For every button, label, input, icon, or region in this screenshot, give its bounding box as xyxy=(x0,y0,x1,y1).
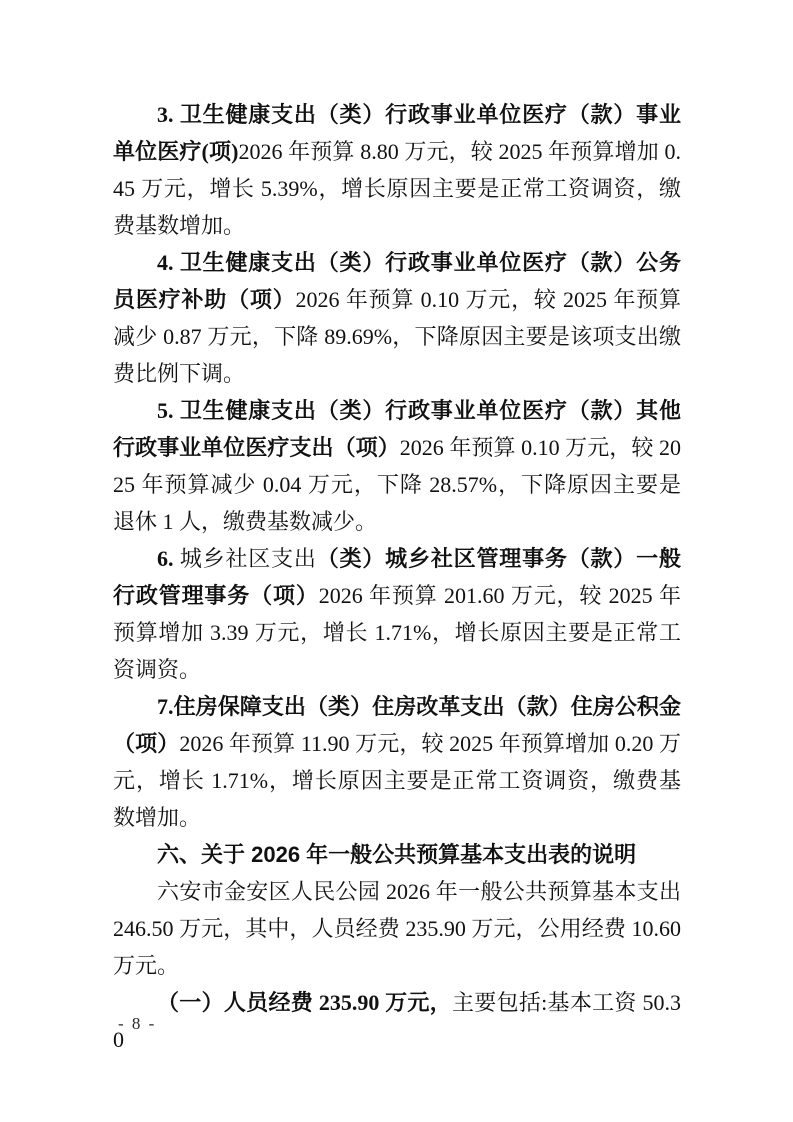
budget-item-5-paragraph: 5. 卫生健康支出（类）行政事业单位医疗（款）其他行政事业单位医疗支出（项）20… xyxy=(113,392,681,540)
page-number: - 8 - xyxy=(118,1012,156,1036)
document-page: 3. 卫生健康支出（类）行政事业单位医疗（款）事业单位医疗(项)2026 年预算… xyxy=(0,0,793,1122)
budget-item-6-number: 6. xyxy=(157,546,180,571)
budget-item-6-category: 城乡社区支出 xyxy=(180,546,317,571)
section-six-intro-paragraph: 六安市金安区人民公园 2026 年一般公共预算基本支出 246.50 万元，其中… xyxy=(113,873,681,984)
budget-item-6-paragraph: 6. 城乡社区支出（类）城乡社区管理事务（款）一般行政管理事务（项）2026 年… xyxy=(113,540,681,688)
section-six-intro-text: 六安市金安区人民公园 2026 年一般公共预算基本支出 246.50 万元，其中… xyxy=(113,879,681,978)
section-six-heading: 六、关于 2026 年一般公共预算基本支出表的说明 xyxy=(113,836,681,873)
budget-item-4-paragraph: 4. 卫生健康支出（类）行政事业单位医疗（款）公务员医疗补助（项）2026 年预… xyxy=(113,244,681,392)
personnel-expense-lead: （一）人员经费 235.90 万元， xyxy=(157,990,452,1015)
section-six-heading-text: 六、关于 2026 年一般公共预算基本支出表的说明 xyxy=(157,842,636,867)
budget-item-3-paragraph: 3. 卫生健康支出（类）行政事业单位医疗（款）事业单位医疗(项)2026 年预算… xyxy=(113,96,681,244)
personnel-expense-paragraph: （一）人员经费 235.90 万元，主要包括:基本工资 50.30 xyxy=(113,984,681,1058)
document-body: 3. 卫生健康支出（类）行政事业单位医疗（款）事业单位医疗(项)2026 年预算… xyxy=(113,96,681,1058)
budget-item-7-paragraph: 7.住房保障支出（类）住房改革支出（款）住房公积金（项）2026 年预算 11.… xyxy=(113,688,681,836)
budget-item-7-text: 2026 年预算 11.90 万元，较 2025 年预算增加 0.20 万元，增… xyxy=(113,731,681,830)
